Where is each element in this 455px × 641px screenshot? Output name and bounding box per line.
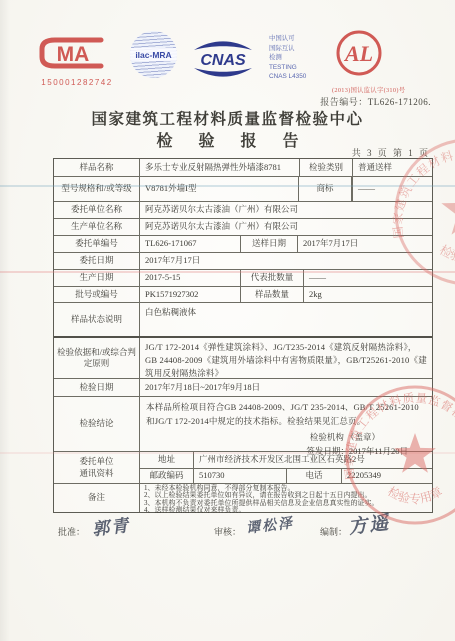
cal-mark-icon: AL	[332, 28, 386, 80]
cal-logo: AL (2013)国认监认字(310)号	[332, 28, 452, 94]
field-label: 代表批数量	[240, 270, 304, 286]
cnas-info-line: 检测	[269, 53, 323, 63]
field-label: 样品数量	[240, 287, 304, 302]
inspection-report-page: MA 150001282742 ilac-MRA CNAS 中国认可 国际互认 …	[0, 0, 455, 641]
center-title: 国家建筑工程材料质量监督检验中心	[0, 107, 455, 129]
cnas-info-line: CNAS L4350	[269, 72, 323, 82]
field-value: 白色粘稠液体	[140, 303, 432, 336]
field-value: 2017年7月17日	[298, 236, 432, 252]
seal-bottom-text: 检验专用章	[437, 242, 455, 265]
row-zip-phone: 邮政编码 510730 电话 22205349	[140, 468, 432, 484]
approve-label: 批准：	[58, 525, 85, 538]
field-value: ——	[352, 177, 432, 201]
field-label: 商标	[298, 177, 352, 201]
cnas-info-line: 中国认可	[269, 34, 323, 44]
cma-mark-icon: MA	[35, 34, 119, 72]
field-label: 生产日期	[54, 270, 140, 286]
field-label: 送样日期	[240, 236, 298, 252]
field-value: 510730	[194, 469, 286, 484]
field-value: V8781外墙I型	[140, 177, 299, 201]
cnas-info-line: TESTING	[269, 63, 323, 73]
row-sample-name: 样品名称 多乐士专业反射隔热弹性外墙漆8781 检验类别 普通送样	[54, 159, 432, 176]
field-label: 型号规格和/或等级	[54, 177, 140, 201]
row-order-no: 委托单编号 TL626-171067 送样日期 2017年7月17日	[54, 235, 432, 252]
row-basis: 检验依据和/或综合判定原则 JG/T 172-2014《弹性建筑涂料》、JG/T…	[54, 336, 432, 378]
row-conclusion: 检验结论 本样品所检项目符合GB 24408-2009、JG/T 235-201…	[54, 396, 432, 451]
cnas-accreditation-text: 中国认可 国际互认 检测 TESTING CNAS L4350	[269, 34, 323, 82]
row-manufacturer: 生产单位名称 阿克苏诺贝尔太古漆油（广州）有限公司	[54, 218, 432, 235]
field-value: PK1571927302	[140, 287, 240, 302]
cnas-logo: CNAS	[186, 36, 260, 85]
field-label: 检验类别	[299, 159, 353, 176]
seal-org-line: 检验机构 （盖章）	[146, 431, 426, 443]
field-value: JG/T 172-2014《弹性建筑涂料》、JG/T235-2014《建筑反射隔…	[140, 338, 432, 378]
field-label: 样品状态说明	[54, 303, 140, 336]
contact-label-line: 委托单位	[79, 456, 113, 467]
field-value: 阿克苏诺贝尔太古漆油（广州）有限公司	[140, 219, 432, 235]
row-commission-date: 委托日期 2017年7月17日	[54, 252, 432, 269]
edit-label: 编制：	[320, 525, 347, 538]
field-label: 生产单位名称	[54, 219, 140, 235]
field-label: 批号或编号	[54, 287, 140, 302]
certification-logos: MA 150001282742 ilac-MRA CNAS 中国认可 国际互认 …	[33, 28, 452, 94]
field-label: 样品名称	[54, 159, 140, 176]
row-remarks: 备注 1、未经本检验机构同意，不得部分复制本报告。 2、以上检验结果委托单位如有…	[54, 483, 432, 512]
field-value: 2kg	[304, 287, 432, 302]
conclusion-block: 本样品所检项目符合GB 24408-2009、JG/T 235-2014、GB/…	[140, 397, 432, 451]
row-model: 型号规格和/或等级 V8781外墙I型 商标 ——	[54, 176, 432, 201]
cma-logo: MA 150001282742	[33, 34, 121, 87]
field-label: 检验依据和/或综合判定原则	[54, 338, 140, 378]
svg-text:检验专用章: 检验专用章	[437, 242, 455, 265]
row-sample-state: 样品状态说明 白色粘稠液体	[54, 302, 432, 336]
field-value: 2017-5-15	[140, 270, 240, 286]
row-contact: 委托单位 通讯资料 地址 广州市经济技术开发区北围工业区石英路2号 邮政编码 5…	[54, 451, 432, 483]
field-label: 检验日期	[54, 379, 140, 396]
cnas-info-line: 国际互认	[269, 44, 323, 54]
field-value: 2017年7月18日~2017年9月18日	[140, 379, 432, 396]
field-value: 阿克苏诺贝尔太古漆油（广州）有限公司	[140, 202, 432, 218]
contact-label-line: 通讯资料	[79, 468, 113, 479]
row-batch-no: 批号或编号 PK1571927302 样品数量 2kg	[54, 286, 432, 302]
conclusion-text: 本样品所检项目符合GB 24408-2009、JG/T 235-2014、GB/…	[146, 401, 426, 428]
row-client: 委托单位名称 阿克苏诺贝尔太古漆油（广州）有限公司	[54, 201, 432, 218]
field-value: 多乐士专业反射隔热弹性外墙漆8781	[140, 159, 300, 176]
ilac-mra-label: ilac-MRA	[130, 48, 177, 61]
field-label: 委托单位名称	[54, 202, 140, 218]
ilac-mra-icon: ilac-MRA	[130, 31, 177, 78]
cnas-mark-icon: CNAS	[186, 36, 260, 80]
svg-text:AL: AL	[343, 41, 373, 66]
row-production-date: 生产日期 2017-5-15 代表批数量 ——	[54, 269, 432, 286]
row-test-date: 检验日期 2017年7月18日~2017年9月18日	[54, 378, 432, 396]
field-label: 委托单编号	[54, 236, 140, 252]
edit-signature: 方遥	[347, 508, 392, 540]
review-label: 审核：	[214, 525, 241, 538]
contact-details: 地址 广州市经济技术开发区北围工业区石英路2号 邮政编码 510730 电话 2…	[140, 452, 432, 483]
field-label: 委托单位 通讯资料	[54, 452, 140, 483]
field-value: ——	[304, 270, 432, 286]
field-label: 电话	[286, 469, 342, 484]
svg-text:CNAS: CNAS	[200, 52, 246, 69]
svg-text:MA: MA	[57, 43, 90, 66]
approve-signature: 郭青	[91, 511, 132, 540]
field-value: TL626-171067	[140, 236, 240, 252]
field-value: 22205349	[342, 469, 432, 484]
report-table: 样品名称 多乐士专业反射隔热弹性外墙漆8781 检验类别 普通送样 型号规格和/…	[53, 158, 433, 513]
review-signature: 谭松泽	[245, 512, 295, 538]
field-label: 地址	[140, 452, 194, 468]
field-value: 广州市经济技术开发区北围工业区石英路2号	[194, 452, 432, 468]
cma-number: 150001282742	[33, 78, 121, 87]
field-label: 委托日期	[54, 253, 140, 269]
row-address: 地址 广州市经济技术开发区北围工业区石英路2号	[140, 452, 432, 468]
cal-caption: (2013)国认监认字(310)号	[332, 85, 452, 94]
field-value: 普通送样	[352, 159, 432, 176]
field-value: 2017年7月17日	[140, 253, 432, 269]
field-label: 备注	[54, 484, 140, 512]
field-label: 邮政编码	[140, 469, 194, 484]
field-label: 检验结论	[54, 397, 140, 451]
